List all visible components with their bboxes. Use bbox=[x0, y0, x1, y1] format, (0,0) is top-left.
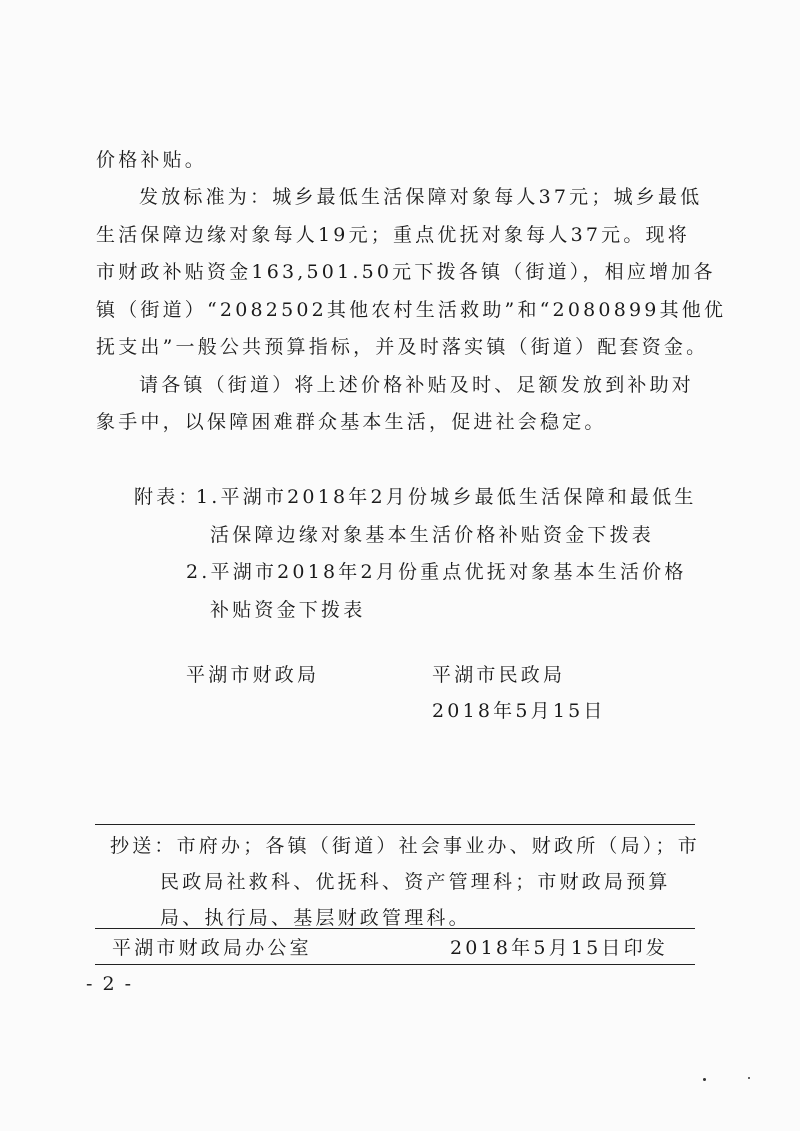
signature-date: 2018年5月15日 bbox=[432, 697, 606, 725]
attachment-item-1-cont: 活保障边缘对象基本生活价格补贴资金下拨表 bbox=[210, 521, 654, 549]
body-line: 生活保障边缘对象每人19元；重点优抚对象每人37元。现将 bbox=[96, 221, 690, 249]
page-number: - 2 - bbox=[86, 970, 133, 998]
attachment-item-1: 1.平湖市2018年2月份城乡最低生活保障和最低生 bbox=[196, 483, 697, 511]
cc-line: 民政局社救科、优抚科、资产管理科；市财政局预算 bbox=[160, 868, 671, 896]
attachments-label: 附表： bbox=[134, 483, 201, 511]
issue-date: 2018年5月15日印发 bbox=[450, 934, 668, 962]
issuer-finance-bureau: 平湖市财政局 bbox=[186, 661, 319, 689]
cc-line: 抄送：市府办；各镇（街道）社会事业办、财政所（局）；市 bbox=[110, 832, 700, 860]
attachment-item-2-cont: 补贴资金下拨表 bbox=[210, 596, 365, 624]
divider bbox=[95, 928, 695, 929]
divider bbox=[95, 964, 695, 965]
body-line: 发放标准为：城乡最低生活保障对象每人37元；城乡最低 bbox=[139, 183, 702, 211]
divider bbox=[95, 824, 695, 825]
issuer-civil-affairs-bureau: 平湖市民政局 bbox=[432, 661, 565, 689]
body-line: 镇（街道）“2082502其他农村生活救助”和“2080899其他优 bbox=[96, 296, 726, 324]
body-line: 价格补贴。 bbox=[96, 146, 207, 174]
body-line: 市财政补贴资金163,501.50元下拨各镇（街道），相应增加各 bbox=[96, 258, 716, 286]
scan-speck bbox=[703, 1078, 706, 1081]
attachment-item-2: 2.平湖市2018年2月份重点优抚对象基本生活价格 bbox=[186, 558, 687, 586]
body-line: 象手中，以保障困难群众基本生活，促进社会稳定。 bbox=[96, 408, 607, 436]
document-page: 价格补贴。 发放标准为：城乡最低生活保障对象每人37元；城乡最低 生活保障边缘对… bbox=[0, 0, 800, 1131]
body-line: 请各镇（街道）将上述价格补贴及时、足额发放到补助对 bbox=[139, 371, 694, 399]
scan-speck bbox=[748, 1077, 750, 1079]
issuing-office: 平湖市财政局办公室 bbox=[112, 934, 312, 962]
body-line: 抚支出”一般公共预算指标，并及时落实镇（街道）配套资金。 bbox=[96, 333, 708, 361]
